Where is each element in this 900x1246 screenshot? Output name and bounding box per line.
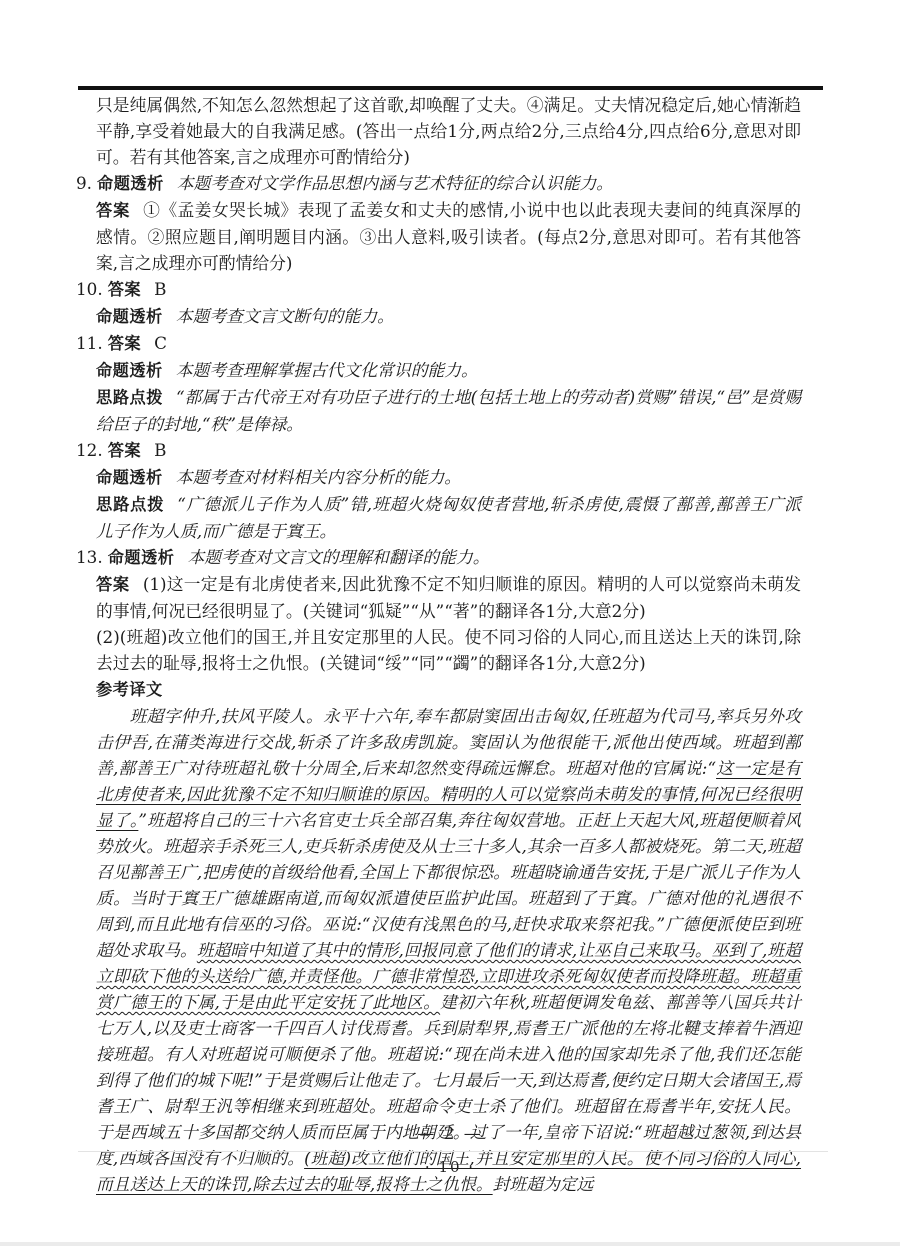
q11-tip-text: “都属于古代帝王对有功臣子进行的土地(包括土地上的劳动者)赏赐”错误,“邑”是赏… (96, 387, 801, 434)
q9-answer: 答案①《孟姜女哭长城》表现了孟姜女和丈夫的感情,小说中也以此表现夫妻间的纯真深厚… (96, 197, 801, 276)
q13-analysis-text: 本题考查对文言文的理解和翻译的能力。 (187, 547, 489, 567)
header-rule (78, 86, 823, 90)
reference-translation-label: 参考译文 (96, 676, 801, 703)
q12-number: 12. (76, 440, 103, 460)
sheet-page-number: · 10 · (0, 1158, 900, 1176)
reference-translation: 班超字仲升,扶风平陵人。永平十六年,奉车都尉窦固出击匈奴,任班超为代司马,率兵另… (96, 703, 801, 1197)
q12-analysis-label: 命题透析 (96, 468, 163, 487)
q9-answer-text: ①《孟姜女哭长城》表现了孟姜女和丈夫的感情,小说中也以此表现夫妻间的纯真深厚的感… (96, 200, 801, 273)
q11-number: 11. (76, 333, 103, 353)
q11-analysis: 命题透析本题考查理解掌握古代文化常识的能力。 (96, 357, 801, 384)
q10-analysis-text: 本题考查文言文断句的能力。 (176, 306, 394, 326)
q10-answer-value: B (154, 279, 167, 299)
q11-analysis-text: 本题考查理解掌握古代文化常识的能力。 (176, 360, 478, 380)
q9-answer-label: 答案 (96, 201, 130, 220)
q13-answer-label: 答案 (96, 575, 130, 594)
q9-analysis-label: 命题透析 (97, 174, 164, 193)
q13-number: 13. (76, 547, 103, 567)
q11-answer-value: C (154, 333, 168, 353)
q10-analysis: 命题透析本题考查文言文断句的能力。 (96, 303, 801, 330)
q10-answer-label: 答案 (108, 280, 141, 299)
translation-seg7: 封班超为定远 (493, 1174, 594, 1194)
q13-answer-part2-text: (2)(班超)改立他们的国王,并且安定那里的人民。使不同习俗的人同心,而且送达上… (96, 627, 801, 673)
q12-tip-label: 思路点拨 (96, 495, 164, 514)
q12-answer-value: B (154, 440, 167, 460)
q12-analysis-text: 本题考查对材料相关内容分析的能力。 (176, 467, 461, 487)
translation-seg3: ”班超将自己的三十六名官吏士兵全部召集,奔往匈奴营地。正赶上天起大风,班超便顺着… (96, 810, 801, 960)
scanned-answer-page: 只是纯属偶然,不知怎么忽然想起了这首歌,却唤醒了丈夫。④满足。丈夫情况稳定后,她… (0, 0, 900, 1246)
q11-tip-label: 思路点拨 (96, 388, 163, 407)
q9-analysis-text: 本题考查对文学作品思想内涵与艺术特征的综合认识能力。 (177, 173, 613, 193)
book-page-number: — 2 — (0, 1124, 900, 1144)
q9-number: 9. (76, 173, 92, 193)
q13-heading: 13.命题透析本题考查对文言文的理解和翻译的能力。 (96, 544, 801, 571)
page-bottom-edge (78, 1151, 828, 1152)
q13-translation-label: 参考译文 (96, 680, 163, 699)
q10-analysis-label: 命题透析 (96, 307, 163, 326)
q12-tip-text: “广德派儿子作为人质”错,班超火烧匈奴使者营地,斩杀虏使,震慑了鄯善,鄯善王广派… (96, 494, 801, 541)
q10-heading: 10.答案B (96, 276, 801, 303)
q12-analysis: 命题透析本题考查对材料相关内容分析的能力。 (96, 464, 801, 491)
q11-answer-label: 答案 (108, 334, 141, 353)
paragraph-continuation: 只是纯属偶然,不知怎么忽然想起了这首歌,却唤醒了丈夫。④满足。丈夫情况稳定后,她… (96, 92, 801, 170)
q13-answer-part1-text: (1)这一定是有北虏使者来,因此犹豫不定不知归顺谁的原因。精明的人可以觉察尚未萌… (96, 574, 801, 621)
q12-tip: 思路点拨“广德派儿子作为人质”错,班超火烧匈奴使者营地,斩杀虏使,震慑了鄯善,鄯… (96, 491, 801, 544)
q11-tip: 思路点拨“都属于古代帝王对有功臣子进行的土地(包括土地上的劳动者)赏赐”错误,“… (96, 384, 801, 437)
q13-answer-part2: (2)(班超)改立他们的国王,并且安定那里的人民。使不同习俗的人同心,而且送达上… (96, 624, 801, 676)
q12-answer-label: 答案 (108, 441, 141, 460)
q10-number: 10. (76, 279, 103, 299)
q11-heading: 11.答案C (96, 330, 801, 357)
scan-bottom-edge (0, 1242, 900, 1246)
answer-content: 只是纯属偶然,不知怎么忽然想起了这首歌,却唤醒了丈夫。④满足。丈夫情况稳定后,她… (96, 92, 801, 1197)
q13-analysis-label: 命题透析 (108, 548, 175, 567)
q9-heading: 9.命题透析本题考查对文学作品思想内涵与艺术特征的综合认识能力。 (96, 170, 801, 197)
q11-analysis-label: 命题透析 (96, 361, 163, 380)
translation-seg1: 班超字仲升,扶风平陵人。永平十六年,奉车都尉窦固出击匈奴,任班超为代司马,率兵另… (96, 706, 801, 778)
q12-heading: 12.答案B (96, 437, 801, 464)
q13-answer-part1: 答案(1)这一定是有北虏使者来,因此犹豫不定不知归顺谁的原因。精明的人可以觉察尚… (96, 571, 801, 624)
